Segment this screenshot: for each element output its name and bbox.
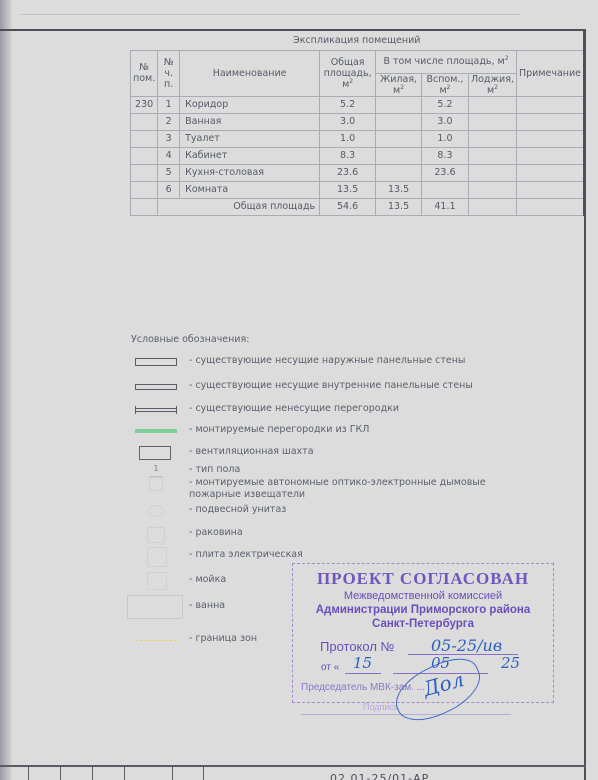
legend-item: - плита электрическая (131, 549, 534, 563)
stamp-date-year: 25 (501, 654, 520, 672)
inner-wall-icon (135, 384, 177, 390)
cell-loggia (468, 113, 516, 130)
table-row: 2301Коридор5.25.2 (131, 96, 585, 113)
table-row: 6Комната13.513.5 (131, 181, 585, 198)
cell-loggia (468, 130, 516, 147)
cell-loggia (468, 96, 516, 113)
cell-room (131, 113, 158, 130)
cell-name: Комната (180, 181, 320, 198)
cell-room (131, 147, 158, 164)
col-aux: Вспом.,м2 (422, 73, 469, 96)
cell-room (131, 181, 158, 198)
col-part-no: №ч. п. (158, 50, 180, 96)
legend-title: Условные обозначения: (131, 334, 249, 345)
cell-living (376, 96, 422, 113)
legend-item: - существующие несущие внутренние панель… (131, 380, 534, 394)
zone-border-icon (135, 640, 177, 641)
cell-total: 23.6 (320, 164, 376, 181)
cell-total: 1.0 (320, 130, 376, 147)
legend-item: - существующие несущие наружные панельны… (131, 355, 534, 369)
cell-loggia (468, 198, 516, 215)
legend-item: - раковина (131, 527, 534, 541)
cell-note (516, 198, 584, 215)
stamp-protocol-value: 05-25/ив (431, 636, 502, 655)
legend-text: - существующие несущие внутренние панель… (189, 380, 534, 392)
cell-total: 3.0 (320, 113, 376, 130)
title-block-border (0, 765, 586, 767)
cell-loggia (468, 147, 516, 164)
legend-text: - тип пола (189, 464, 534, 476)
cell-name: Туалет (180, 130, 320, 147)
legend-item: 1- тип пола (131, 464, 534, 478)
cell-part: 2 (158, 113, 180, 130)
cell-living (376, 113, 422, 130)
scan-edge-shadow (0, 0, 12, 780)
cell-note (516, 113, 584, 130)
cell-aux: 5.2 (422, 96, 469, 113)
stamp-line-3: Санкт-Петербурга (293, 617, 553, 631)
toilet-icon (148, 505, 164, 517)
bathtub-icon (127, 595, 183, 619)
table-row: 2Ванная3.03.0 (131, 113, 585, 130)
cell-aux: 23.6 (422, 164, 469, 181)
cell-total: 8.3 (320, 147, 376, 164)
stove-icon (147, 547, 167, 567)
col-name: Наименование (180, 50, 320, 96)
cell-living: 13.5 (376, 198, 422, 215)
cell-note (516, 181, 584, 198)
cell-part: 3 (158, 130, 180, 147)
kitchen-sink-icon (147, 572, 167, 590)
stamp-line-1: Межведомственной комиссией (293, 589, 553, 603)
table-row: 4Кабинет8.38.3 (131, 147, 585, 164)
col-loggia: Лоджия,м2 (468, 73, 516, 96)
cell-room: 230 (131, 96, 158, 113)
cell-note (516, 96, 584, 113)
cell-aux: 1.0 (422, 130, 469, 147)
stamp-line-2: Администрации Приморского района (293, 603, 553, 617)
drawing-code: 02.01-25/01-АР (330, 772, 429, 780)
legend-text: - существующие ненесущие перегородки (189, 403, 534, 415)
sheet-top-edge (20, 14, 520, 15)
legend-text: - существующие несущие наружные панельны… (189, 355, 534, 367)
cell-living: 13.5 (376, 181, 422, 198)
col-total-area: Общаяплощадь,м2 (320, 50, 376, 96)
legend-text: - монтируемые автономные оптико-электрон… (189, 477, 534, 501)
cell-aux (422, 181, 469, 198)
partition-icon (135, 408, 177, 412)
cell-loggia (468, 181, 516, 198)
cell-part: 5 (158, 164, 180, 181)
cell-room (131, 198, 158, 215)
cell-note (516, 164, 584, 181)
smoke-detector-icon (149, 477, 163, 491)
legend-item: - подвесной унитаз (131, 504, 534, 518)
legend-text: - плита электрическая (189, 549, 534, 561)
table-row: 3Туалет1.01.0 (131, 130, 585, 147)
cell-aux: 8.3 (422, 147, 469, 164)
total-label: Общая площадь (158, 198, 320, 215)
cell-loggia (468, 164, 516, 181)
cell-living (376, 147, 422, 164)
cell-room (131, 164, 158, 181)
stamp-date-day: 15 (353, 654, 372, 672)
col-room-no: №пом. (131, 50, 158, 96)
table-row: 5Кухня-столовая23.623.6 (131, 164, 585, 181)
sink-icon (147, 527, 165, 543)
cell-name: Кабинет (180, 147, 320, 164)
cell-total: 5.2 (320, 96, 376, 113)
explication-table: Экспликация помещений №пом. №ч. п. Наиме… (130, 31, 585, 216)
total-row: Общая площадь 54.6 13.5 41.1 (131, 198, 585, 215)
cell-part: 4 (158, 147, 180, 164)
outer-wall-icon (135, 358, 177, 366)
cell-name: Ванная (180, 113, 320, 130)
legend-text: - подвесной унитаз (189, 504, 534, 516)
stamp-heading: ПРОЕКТ СОГЛАСОВАН (293, 569, 553, 589)
legend-text: - вентиляционная шахта (189, 446, 534, 458)
cell-name: Кухня-столовая (180, 164, 320, 181)
cell-part: 1 (158, 96, 180, 113)
cell-room (131, 130, 158, 147)
cell-total: 54.6 (320, 198, 376, 215)
legend-item: - монтируемые перегородки из ГКЛ (131, 424, 534, 438)
legend-text: - раковина (189, 527, 534, 539)
cell-part: 6 (158, 181, 180, 198)
legend-item: - вентиляционная шахта (131, 446, 534, 460)
floor-type-icon: 1 (149, 464, 163, 477)
cell-living (376, 130, 422, 147)
cell-note (516, 130, 584, 147)
legend-item: - монтируемые автономные оптико-электрон… (131, 477, 534, 501)
explication-title: Экспликация помещений (131, 31, 585, 50)
cell-aux: 3.0 (422, 113, 469, 130)
stamp-date-label: от « (321, 662, 339, 673)
col-living: Жилая,м2 (376, 73, 422, 96)
stamp-signature-label: Подпись (363, 702, 399, 712)
stamp-protocol-label: Протокол № (320, 639, 394, 654)
gkl-partition-icon (135, 429, 177, 433)
cell-name: Коридор (180, 96, 320, 113)
col-including: В том числе площадь, м2 (376, 50, 517, 73)
cell-total: 13.5 (320, 181, 376, 198)
legend-item: - существующие ненесущие перегородки (131, 403, 534, 417)
cell-aux: 41.1 (422, 198, 469, 215)
col-note: Примечание (516, 50, 584, 96)
cell-living (376, 164, 422, 181)
vent-shaft-icon (139, 446, 171, 460)
cell-note (516, 147, 584, 164)
legend-text: - монтируемые перегородки из ГКЛ (189, 424, 534, 436)
approval-stamp: ПРОЕКТ СОГЛАСОВАН Межведомственной комис… (292, 563, 554, 703)
